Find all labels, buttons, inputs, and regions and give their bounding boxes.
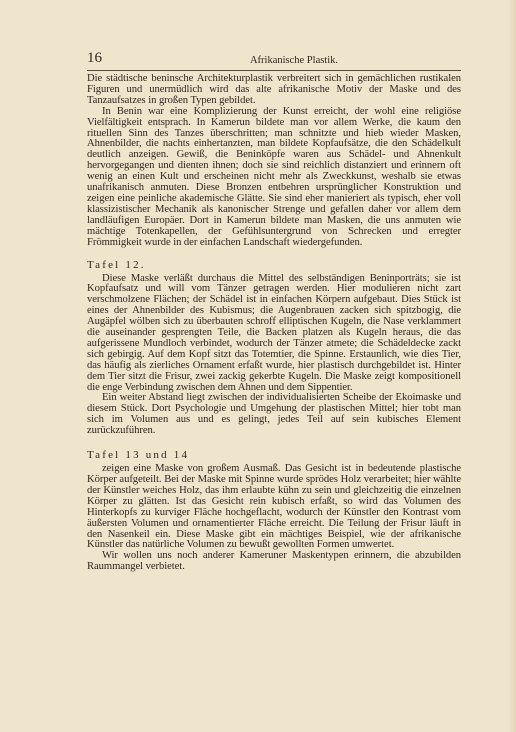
paragraph-tafel-12-1: Diese Maske verläßt durchaus die Mittel …: [87, 274, 461, 394]
paragraph-tafel-13-14-2: Wir wollen uns noch anderer Kameruner Ma…: [87, 551, 461, 573]
paragraph-intro-2: In Benin war eine Komplizierung der Kuns…: [87, 107, 461, 249]
paragraph-tafel-13-14-1: zeigen eine Maske von großem Ausmaß. Das…: [87, 464, 461, 551]
paragraph-tafel-12-2: Ein weiter Abstand liegt zwischen der in…: [87, 393, 461, 437]
paragraph-intro-1: Die städtische beninsche Architekturplas…: [87, 74, 461, 107]
section-heading-tafel-13-14: Tafel 13 und 14: [87, 449, 461, 461]
header-rule: [87, 70, 461, 71]
body-text: Die städtische beninsche Architekturplas…: [87, 74, 461, 573]
page-edge-shadow: [510, 0, 516, 732]
section-heading-tafel-12: Tafel 12.: [87, 259, 461, 271]
running-title: Afrikanische Plastik.: [87, 55, 461, 67]
page-header: 16 Afrikanische Plastik.: [87, 49, 461, 69]
